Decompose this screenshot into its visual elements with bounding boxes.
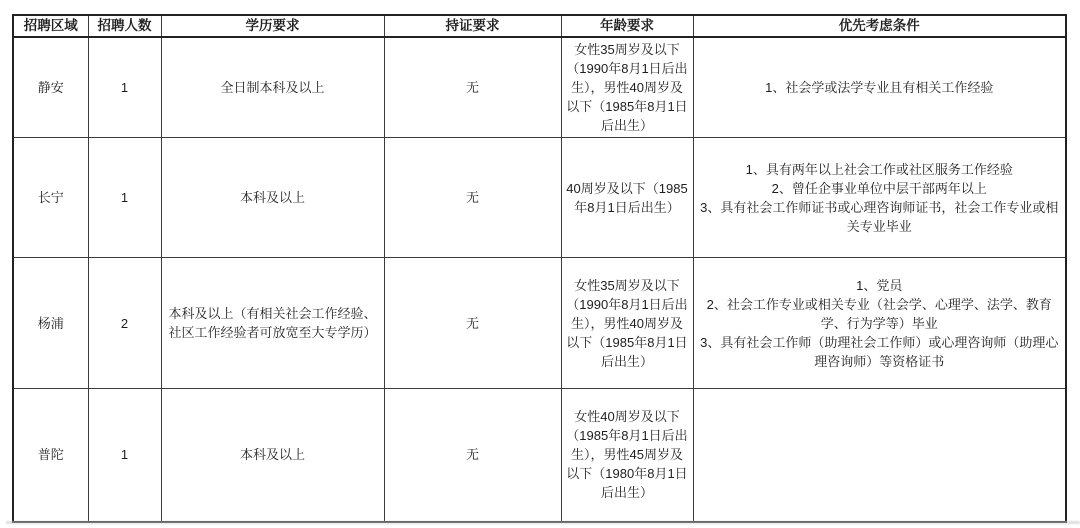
cell-education: 本科及以上 — [161, 138, 384, 258]
cell-age: 女性35周岁及以下（1990年8月1日后出生），男性40周岁及以下（1985年8… — [561, 258, 693, 389]
document-page: 招聘区域 招聘人数 学历要求 持证要求 年龄要求 优先考虑条件 静安 1 全日制… — [0, 0, 1080, 528]
table-row: 普陀 1 本科及以上 无 女性40周岁及以下（1985年8月1日后出生），男性4… — [13, 389, 1066, 522]
col-header-region: 招聘区域 — [13, 15, 88, 37]
col-header-headcount: 招聘人数 — [88, 15, 161, 37]
cell-priority — [693, 389, 1066, 522]
cell-certificate: 无 — [384, 258, 561, 389]
cell-certificate: 无 — [384, 37, 561, 138]
cell-education: 本科及以上（有相关社会工作经验、社区工作经验者可放宽至大专学历） — [161, 258, 384, 389]
col-header-age: 年龄要求 — [561, 15, 693, 37]
cell-priority: 1、党员 2、社会工作专业或相关专业（社会学、心理学、法学、教育学、行为学等）毕… — [693, 258, 1066, 389]
cell-priority: 1、具有两年以上社会工作或社区服务工作经验 2、曾任企事业单位中层干部两年以上 … — [693, 138, 1066, 258]
cell-headcount: 1 — [88, 389, 161, 522]
cell-education: 全日制本科及以上 — [161, 37, 384, 138]
col-header-certificate: 持证要求 — [384, 15, 561, 37]
cell-age: 女性35周岁及以下（1990年8月1日后出生），男性40周岁及以下（1985年8… — [561, 37, 693, 138]
table-row: 杨浦 2 本科及以上（有相关社会工作经验、社区工作经验者可放宽至大专学历） 无 … — [13, 258, 1066, 389]
cell-headcount: 2 — [88, 258, 161, 389]
cell-headcount: 1 — [88, 138, 161, 258]
table-header-row: 招聘区域 招聘人数 学历要求 持证要求 年龄要求 优先考虑条件 — [13, 15, 1066, 37]
col-header-priority: 优先考虑条件 — [693, 15, 1066, 37]
table-row: 长宁 1 本科及以上 无 40周岁及以下（1985年8月1日后出生） 1、具有两… — [13, 138, 1066, 258]
cell-certificate: 无 — [384, 138, 561, 258]
cell-region: 普陀 — [13, 389, 88, 522]
col-header-education: 学历要求 — [161, 15, 384, 37]
cell-certificate: 无 — [384, 389, 561, 522]
cell-priority: 1、社会学或法学专业且有相关工作经验 — [693, 37, 1066, 138]
recruitment-table: 招聘区域 招聘人数 学历要求 持证要求 年龄要求 优先考虑条件 静安 1 全日制… — [12, 14, 1067, 523]
table-row: 静安 1 全日制本科及以上 无 女性35周岁及以下（1990年8月1日后出生），… — [13, 37, 1066, 138]
cell-region: 杨浦 — [13, 258, 88, 389]
cell-education: 本科及以上 — [161, 389, 384, 522]
bottom-divider-line — [6, 521, 1080, 524]
cell-age: 40周岁及以下（1985年8月1日后出生） — [561, 138, 693, 258]
cell-region: 静安 — [13, 37, 88, 138]
cell-region: 长宁 — [13, 138, 88, 258]
cell-age: 女性40周岁及以下（1985年8月1日后出生），男性45周岁及以下（1980年8… — [561, 389, 693, 522]
cell-headcount: 1 — [88, 37, 161, 138]
